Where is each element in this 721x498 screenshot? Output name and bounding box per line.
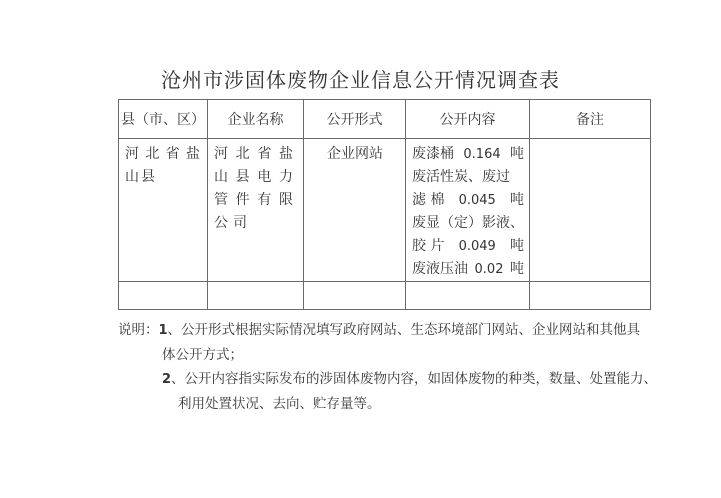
cell-county: 河北省盐山县 bbox=[119, 139, 208, 282]
content-line: 滤 棉 0.045 吨 bbox=[412, 189, 524, 212]
cell-remarks bbox=[530, 139, 651, 282]
note-number: 1 bbox=[159, 323, 168, 338]
header-company-name: 企业名称 bbox=[208, 100, 304, 139]
remarks-text bbox=[530, 139, 650, 143]
note-item-1: 说明：1、公开形式根据实际情况填写政府网站、生态环境部门网站、企业网站和其他具 bbox=[118, 318, 663, 343]
document-title: 沧州市涉固体废物企业信息公开情况调查表 bbox=[0, 64, 721, 93]
note-text: 公开内容指实际发布的涉固体废物内容，如固体废物的种类，数量、处置能力、 bbox=[185, 371, 658, 387]
table-row: 河北省盐山县 河北省盐山县电力管件有限公司 企业网站 废漆桶 0.164 吨 废… bbox=[119, 139, 651, 282]
cell-company: 河北省盐山县电力管件有限公司 bbox=[208, 139, 304, 282]
cell-disclosure-content: 废漆桶 0.164 吨 废活性炭、废过 滤 棉 0.045 吨 废显（定）影液、 bbox=[406, 139, 530, 282]
cell-county-empty bbox=[119, 282, 208, 310]
county-text: 河北省盐山县 bbox=[119, 139, 207, 189]
disclosure-form-text: 企业网站 bbox=[304, 139, 405, 166]
note-item-2-continued: 利用处置状况、去向、贮存量等。 bbox=[118, 392, 663, 416]
survey-table: 县（市、区） 企业名称 公开形式 公开内容 备注 河北省盐山县 河北省盐山县电力… bbox=[118, 99, 651, 310]
notes-label: 说明： bbox=[118, 322, 159, 338]
note-item-1-continued: 体公开方式； bbox=[118, 343, 663, 367]
disclosure-content: 废漆桶 0.164 吨 废活性炭、废过 滤 棉 0.045 吨 废显（定）影液、 bbox=[406, 139, 529, 281]
header-disclosure-content: 公开内容 bbox=[406, 100, 530, 139]
cell-disclosure-form-empty bbox=[304, 282, 406, 310]
header-disclosure-form: 公开形式 bbox=[304, 100, 406, 139]
content-line: 废漆桶 0.164 吨 bbox=[412, 143, 524, 166]
company-text: 河北省盐山县电力管件有限公司 bbox=[208, 139, 303, 235]
header-county: 县（市、区） bbox=[119, 100, 208, 139]
cell-disclosure-content-empty bbox=[406, 282, 530, 310]
content-line: 废液压油 0.02 吨 bbox=[412, 258, 524, 281]
note-item-2: 2、公开内容指实际发布的涉固体废物内容，如固体废物的种类，数量、处置能力、 bbox=[118, 367, 663, 392]
content-line: 废显（定）影液、 bbox=[412, 212, 524, 235]
table-row-empty bbox=[119, 282, 651, 310]
notes-section: 说明：1、公开形式根据实际情况填写政府网站、生态环境部门网站、企业网站和其他具 … bbox=[118, 318, 663, 416]
content-line: 胶 片 0.049 吨 bbox=[412, 235, 524, 258]
note-text: 公开形式根据实际情况填写政府网站、生态环境部门网站、企业网站和其他具 bbox=[181, 322, 640, 338]
cell-company-empty bbox=[208, 282, 304, 310]
header-remarks: 备注 bbox=[530, 100, 651, 139]
cell-disclosure-form: 企业网站 bbox=[304, 139, 406, 282]
table-header-row: 县（市、区） 企业名称 公开形式 公开内容 备注 bbox=[119, 100, 651, 139]
content-line: 废活性炭、废过 bbox=[412, 166, 524, 189]
cell-remarks-empty bbox=[530, 282, 651, 310]
note-number: 2 bbox=[162, 372, 171, 387]
